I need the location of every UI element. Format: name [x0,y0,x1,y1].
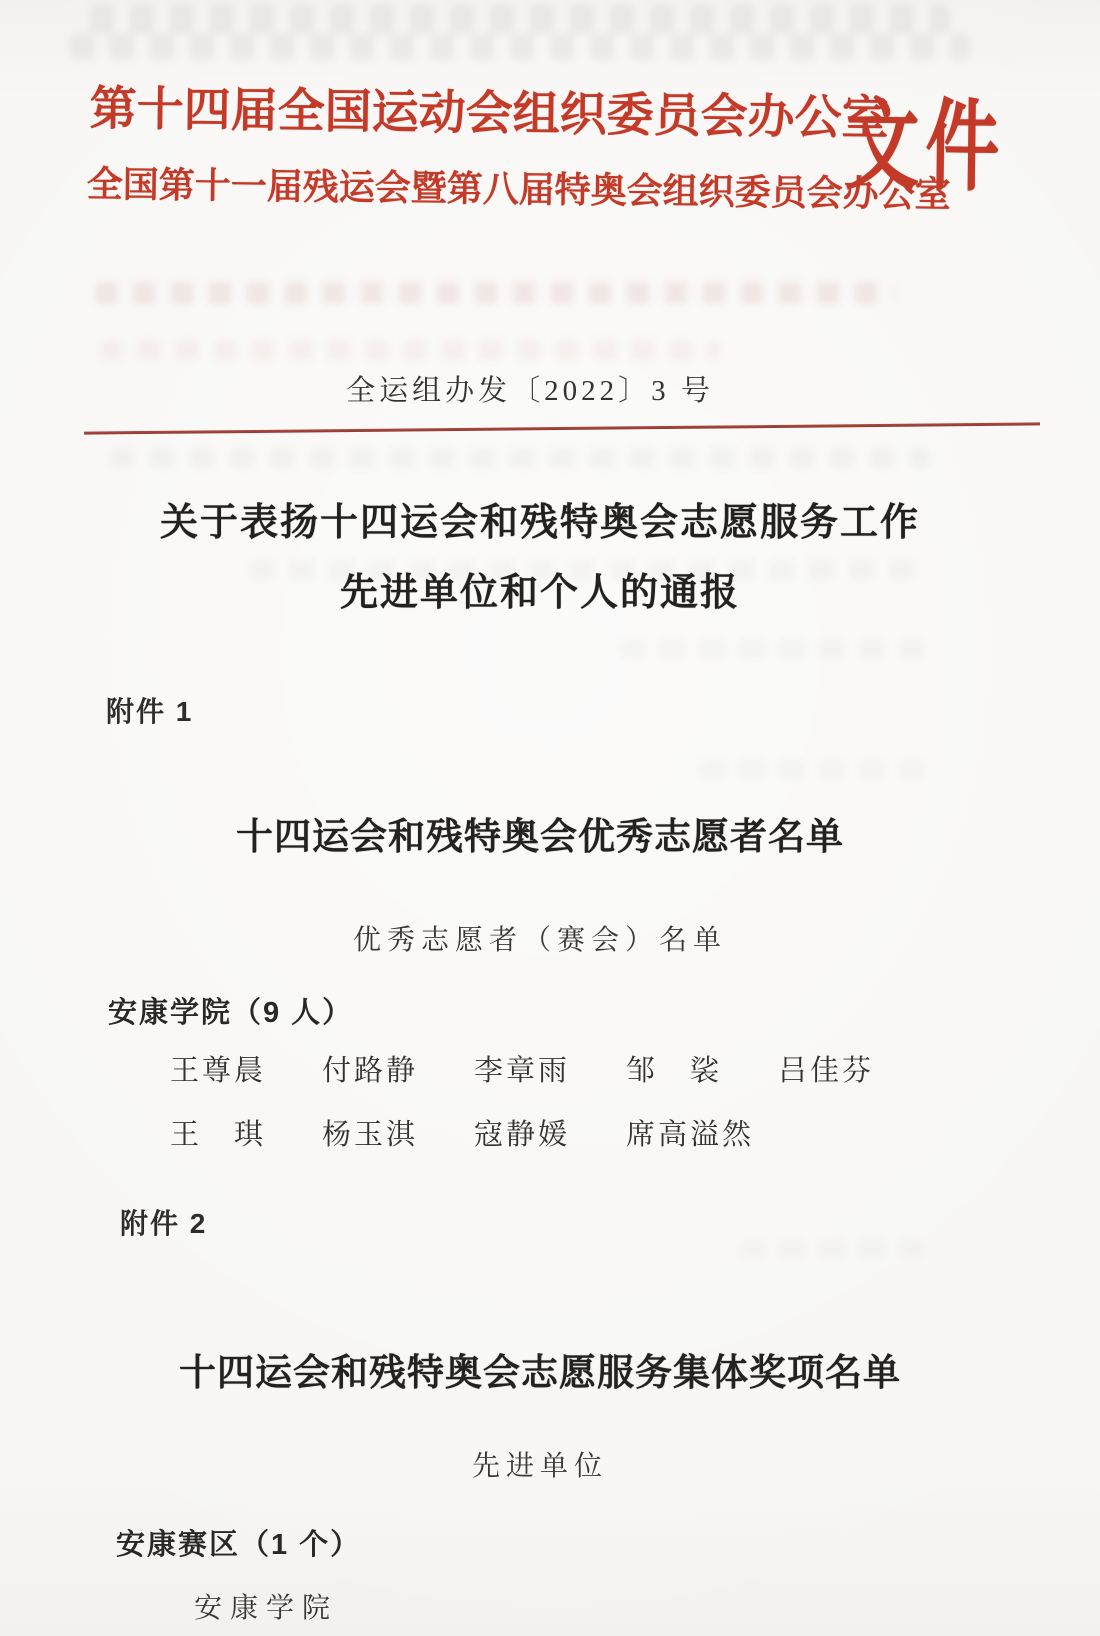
bleed-through-artifact [70,34,970,60]
volunteer-name-row-1: 王尊晨付路静李章雨邹 裟吕佳芬 [170,1048,970,1089]
scanned-document-page: 第十四届全国运动会组织委员会办公室 全国第十一届残运会暨第八届特奥会组织委员会办… [0,0,1100,1636]
attachment1-label: 附件 1 [106,690,193,730]
attachment2-subheading: 先进单位 [20,1444,1060,1484]
bleed-through-artifact [620,640,940,658]
red-divider-rule [84,422,1040,434]
volunteer-name: 付路静 [322,1048,474,1089]
document-title: 关于表扬十四运会和残特奥会志愿服务工作 先进单位和个人的通报 [20,488,1060,629]
volunteer-name: 王尊晨 [170,1048,322,1089]
volunteer-name: 吕佳芬 [778,1048,874,1089]
bleed-through-artifact [100,340,720,360]
attachment1-heading: 十四运会和残特奥会优秀志愿者名单 [20,806,1060,860]
volunteer-name: 席高溢然 [626,1112,754,1153]
volunteer-name: 王 琪 [170,1112,322,1153]
bleed-through-artifact [700,760,940,778]
document-number: 全运组办发〔2022〕3 号 [0,368,1060,409]
document-title-line1: 关于表扬十四运会和残特奥会志愿服务工作 [20,488,1060,558]
volunteer-name: 杨玉淇 [322,1112,474,1153]
bleed-through-artifact [110,448,930,468]
attachment1-group-title: 安康学院（9 人） [108,990,353,1031]
attachment2-label: 附件 2 [120,1202,207,1242]
attachment2-group-title: 安康赛区（1 个） [116,1522,361,1563]
volunteer-name: 寇静媛 [474,1112,626,1153]
volunteer-name-row-2: 王 琪杨玉淇寇静媛席高溢然 [170,1112,970,1153]
volunteer-name: 李章雨 [474,1048,626,1089]
bleed-through-artifact [95,282,895,304]
letterhead-org-line2: 全国第十一届残运会暨第八届特奥会组织委员会办公室 [87,166,839,211]
letterhead-doc-label: 文件 [845,98,1036,200]
attachment2-awardee: 安康学院 [194,1586,338,1626]
document-title-line2: 先进单位和个人的通报 [20,558,1060,628]
bleed-through-artifact [740,1240,940,1258]
letterhead: 第十四届全国运动会组织委员会办公室 全国第十一届残运会暨第八届特奥会组织委员会办… [78,78,1028,90]
bleed-through-artifact [90,4,950,34]
letterhead-org-line1: 第十四届全国运动会组织委员会办公室 [89,86,832,142]
attachment1-subheading: 优秀志愿者（赛会）名单 [20,918,1060,958]
attachment2-heading: 十四运会和残特奥会志愿服务集体奖项名单 [20,1342,1060,1396]
volunteer-name: 邹 裟 [626,1048,778,1089]
